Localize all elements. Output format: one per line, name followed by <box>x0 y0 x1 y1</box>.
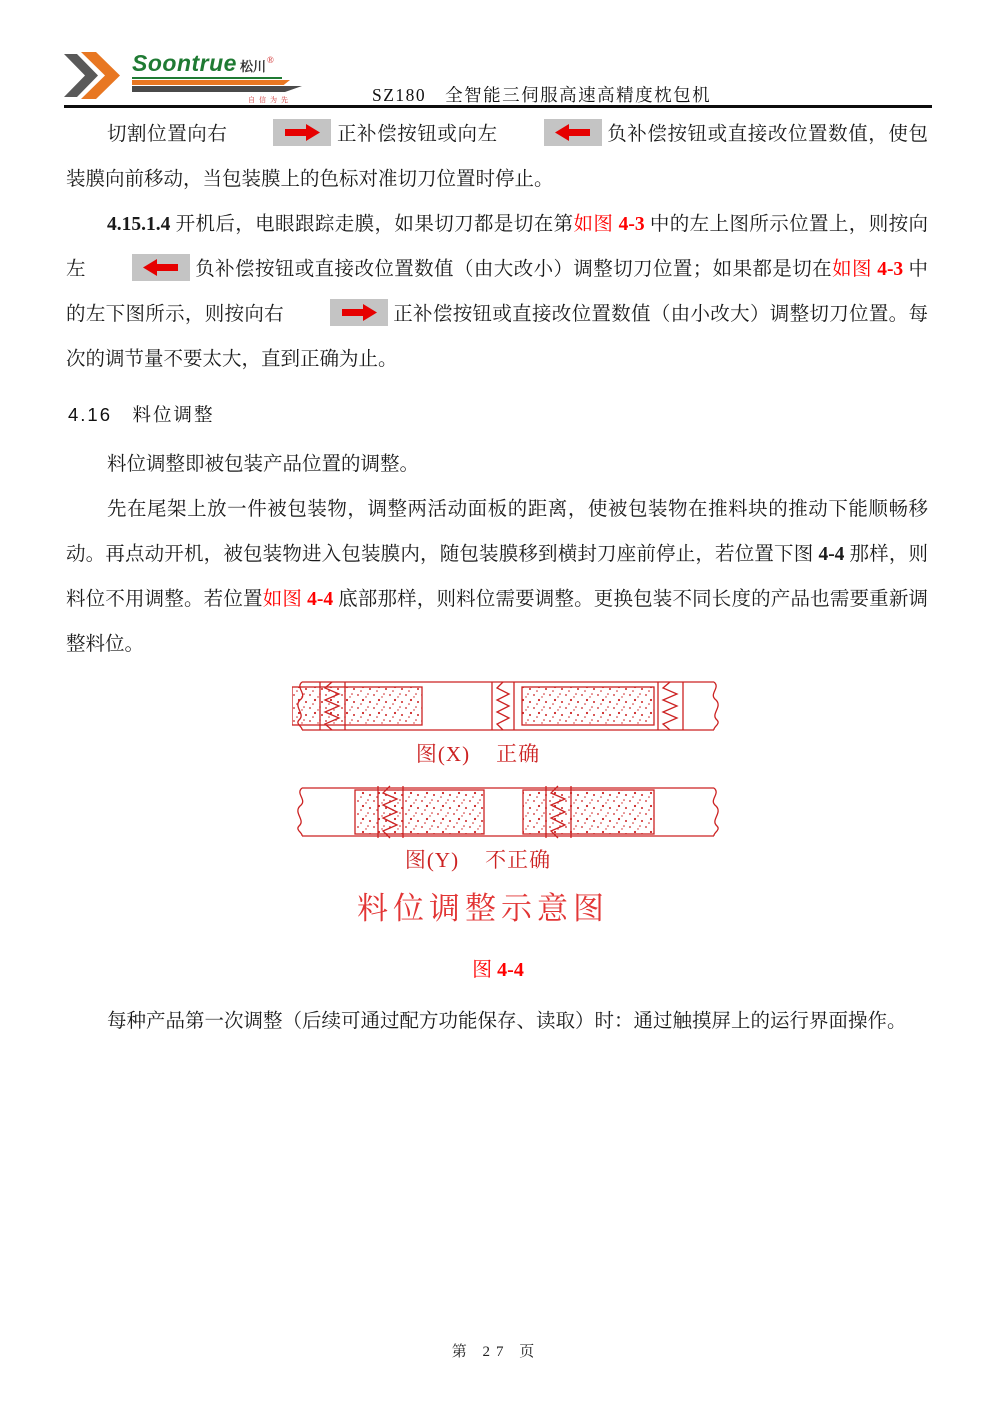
figure-reference: 如图 <box>832 259 872 280</box>
left-compensation-arrow-button <box>91 254 190 281</box>
paragraph-definition: 料位调整即被包装产品位置的调整。 <box>66 442 928 487</box>
logo-bar-orange <box>132 80 290 85</box>
film-strip-incorrect-diagram <box>292 785 724 839</box>
figure-number: 4-4 <box>497 959 524 981</box>
film-strip-correct-diagram <box>292 679 724 733</box>
text-run: 正补偿按钮或向左 <box>336 124 497 145</box>
figure-y-verdict: 不正确 <box>485 848 551 872</box>
right-compensation-arrow-button <box>232 119 331 146</box>
logo-chevrons-icon <box>64 52 126 99</box>
left-arrow-icon <box>544 119 602 146</box>
logo-slogan: 自信为先 <box>132 95 292 105</box>
right-arrow-icon <box>330 299 388 326</box>
figure-reference-number: 4-3 <box>619 214 645 235</box>
brand-name: Soontrue <box>132 52 237 75</box>
header-divider <box>64 105 932 108</box>
figure-x-label: 图(X)正确 <box>292 739 664 769</box>
figure-reference-number: 4-4 <box>307 589 333 610</box>
figure-number-black: 4-4 <box>818 544 844 565</box>
paragraph-procedure: 先在尾架上放一件被包装物，调整两活动面板的距离，使被包装物在推料块的推动下能顺畅… <box>66 487 928 667</box>
brand-name-chinese: 松川 <box>240 60 266 73</box>
figure-reference-number: 4-3 <box>877 259 903 280</box>
registered-mark: ® <box>267 56 274 65</box>
clause-number: 4.15.1.4 <box>107 214 170 235</box>
section-heading-4-16: 4.16 料位调整 <box>68 402 928 428</box>
text-run: 开机后，电眼跟踪走膜，如果切刀都是切在第 <box>170 214 573 235</box>
figure-4-4: 图(X)正确 <box>292 679 724 983</box>
figure-x-tag: 图(X) <box>416 742 470 766</box>
figure-y-label: 图(Y)不正确 <box>292 845 664 875</box>
soontrue-logo: Soontrue 松川 ® 自信为先 <box>64 52 302 105</box>
figure-reference: 如图 <box>574 214 614 235</box>
figure-reference: 如图 <box>263 589 302 610</box>
page-footer: 第 27 页 <box>0 1340 992 1361</box>
figure-x-verdict: 正确 <box>496 742 540 766</box>
document-page: Soontrue 松川 ® 自信为先 SZ180 全智能三伺服高速高精度枕包机 … <box>0 0 992 1403</box>
paragraph-cut-position: 切割位置向右正补偿按钮或向左负补偿按钮或直接改位置数值，使包装膜向前移动，当包装… <box>66 112 928 202</box>
left-compensation-arrow-button <box>503 119 602 146</box>
text-run: 先在尾架上放一件被包装物，调整两活动面板的距离，使被包装物在推料块的推动下能顺畅… <box>66 499 928 565</box>
text-run: 负补偿按钮或直接改位置数值（由大改小）调整切刀位置；如果都是切在 <box>195 259 832 280</box>
right-compensation-arrow-button <box>289 299 388 326</box>
document-title: SZ180 全智能三伺服高速高精度枕包机 <box>372 82 711 107</box>
figure-caption: 料位调整示意图 <box>292 889 674 929</box>
left-arrow-icon <box>132 254 190 281</box>
figure-y-tag: 图(Y) <box>405 848 459 872</box>
text-run: 切割位置向右 <box>107 124 228 145</box>
paragraph-final: 每种产品第一次调整（后续可通过配方功能保存、读取）时：通过触摸屏上的运行界面操作… <box>66 999 928 1044</box>
paragraph-4-15-1-4: 4.15.1.4 开机后，电眼跟踪走膜，如果切刀都是切在第如图 4-3 中的左上… <box>66 202 928 382</box>
logo-bar-gray <box>132 86 302 92</box>
document-body: 切割位置向右正补偿按钮或向左负补偿按钮或直接改位置数值，使包装膜向前移动，当包装… <box>66 112 928 1044</box>
figure-number-label: 图 4-4 <box>292 957 704 983</box>
logo-bar-green <box>132 77 282 79</box>
right-arrow-icon <box>273 119 331 146</box>
figure-word: 图 <box>472 959 492 981</box>
